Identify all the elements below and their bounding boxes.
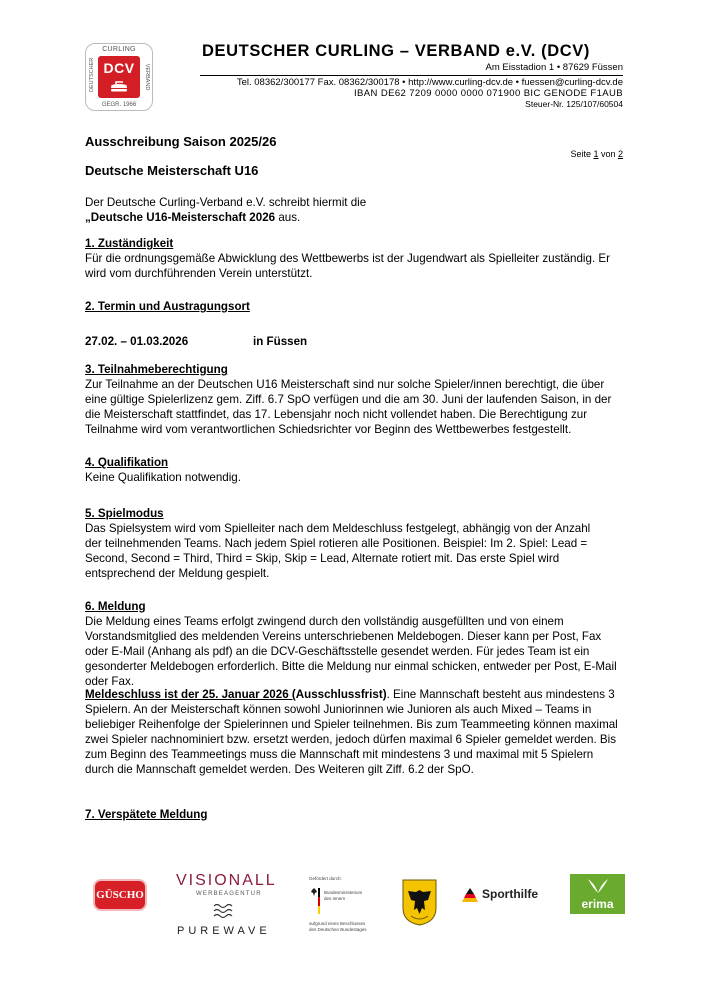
section-6-deadline: Meldeschluss ist der 25. Januar 2026 (Au…: [85, 687, 625, 777]
deadline-rest: . Eine Mannschaft besteht aus mindestens…: [85, 688, 618, 776]
sponsor-erima-logo: erima: [570, 874, 625, 914]
intro-bold: „Deutsche U16-Meisterschaft 2026: [85, 211, 275, 224]
intro-line-2: „Deutsche U16-Meisterschaft 2026 aus.: [85, 210, 625, 225]
bmi-resolution: aufgrund eines Beschlussesdes Deutschen …: [309, 921, 367, 933]
eagle-icon: [311, 888, 317, 896]
page-total: 2: [618, 149, 623, 159]
section-1-body: Für die ordnungsgemäße Abwicklung des We…: [85, 251, 615, 281]
intro-paragraph: Der Deutsche Curling-Verband e.V. schrei…: [85, 195, 625, 225]
section-2-heading: 2. Termin und Austragungsort: [85, 299, 250, 314]
sponsor-visionall-logo: VISIONALL: [176, 872, 277, 890]
org-contact: Tel. 08362/300177 Fax. 08362/300178 • ht…: [237, 77, 623, 88]
event-place: in Füssen: [253, 335, 307, 348]
section-6-heading: 6. Meldung: [85, 599, 146, 614]
bmi-funding-label: Gefördert durch:: [309, 876, 342, 881]
org-name: DEUTSCHER CURLING – VERBAND e.V. (DCV): [202, 42, 590, 61]
logo-red-square: DCV: [98, 56, 140, 98]
section-4-body: Keine Qualifikation notwendig.: [85, 470, 625, 485]
page-mid: von: [598, 149, 618, 159]
logo-dcv-text: DCV: [98, 60, 140, 76]
deadline-underlined: Meldeschluss ist der 25. Januar 2026 (: [85, 688, 296, 701]
intro-line: Der Deutsche Curling-Verband e.V. schrei…: [85, 195, 625, 210]
logo-right-text: VERBAND: [144, 61, 150, 93]
sporthilfe-icon: [460, 887, 480, 903]
page-number: Seite 1 von 2: [570, 149, 623, 159]
bmi-line: des Innern: [324, 896, 362, 902]
deadline-bold: Ausschlussfrist): [296, 688, 387, 701]
logo-left-text: DEUTSCHER: [89, 62, 95, 92]
sponsor-purewave-logo: PUREWAVE: [177, 925, 271, 937]
erima-wings-icon: [587, 878, 609, 894]
federal-eagle-icon: [401, 878, 438, 926]
intro-tail: aus.: [275, 211, 300, 224]
page-prefix: Seite: [570, 149, 593, 159]
sponsor-guscho-logo: GÜSCHO: [93, 879, 147, 911]
logo-top-text: CURLING: [86, 46, 152, 53]
org-tax-number: Steuer-Nr. 125/107/60504: [525, 99, 623, 109]
header-divider: [200, 75, 623, 76]
section-7-heading: 7. Verspätete Meldung: [85, 807, 207, 822]
sponsor-sporthilfe-logo: Sporthilfe: [482, 887, 538, 901]
document-title: Ausschreibung Saison 2025/26: [85, 134, 276, 149]
sponsor-visionall-sub: WERBEAGENTUR: [196, 891, 262, 897]
org-address: Am Eisstadion 1 • 87629 Füssen: [486, 62, 623, 73]
curling-stone-icon: [110, 80, 128, 92]
bmi-line: des Deutschen Bundestages: [309, 927, 367, 933]
german-flag-stripe-icon: [318, 888, 320, 914]
section-5-heading: 5. Spielmodus: [85, 506, 164, 521]
event-date: 27.02. – 01.03.2026: [85, 335, 188, 348]
logo-bottom-text: GEGR. 1966: [86, 102, 152, 108]
wave-icon: [212, 903, 236, 919]
bmi-ministry-name: Bundesministeriumdes Innern: [324, 890, 362, 902]
section-5-body: Das Spielsystem wird vom Spielleiter nac…: [85, 521, 610, 581]
section-1-heading: 1. Zuständigkeit: [85, 236, 173, 251]
erima-text: erima: [570, 897, 625, 911]
section-3-body: Zur Teilnahme an der Deutschen U16 Meist…: [85, 377, 625, 437]
section-4-heading: 4. Qualifikation: [85, 455, 168, 470]
dcv-logo: CURLING DEUTSCHER VERBAND DCV GEGR. 1966: [85, 43, 153, 111]
section-3-heading: 3. Teilnahmeberechtigung: [85, 362, 228, 377]
org-bank-details: IBAN DE62 7209 0000 0000 071900 BIC GENO…: [354, 88, 623, 99]
document-subtitle: Deutsche Meisterschaft U16: [85, 163, 258, 178]
section-6-body: Die Meldung eines Teams erfolgt zwingend…: [85, 614, 625, 689]
